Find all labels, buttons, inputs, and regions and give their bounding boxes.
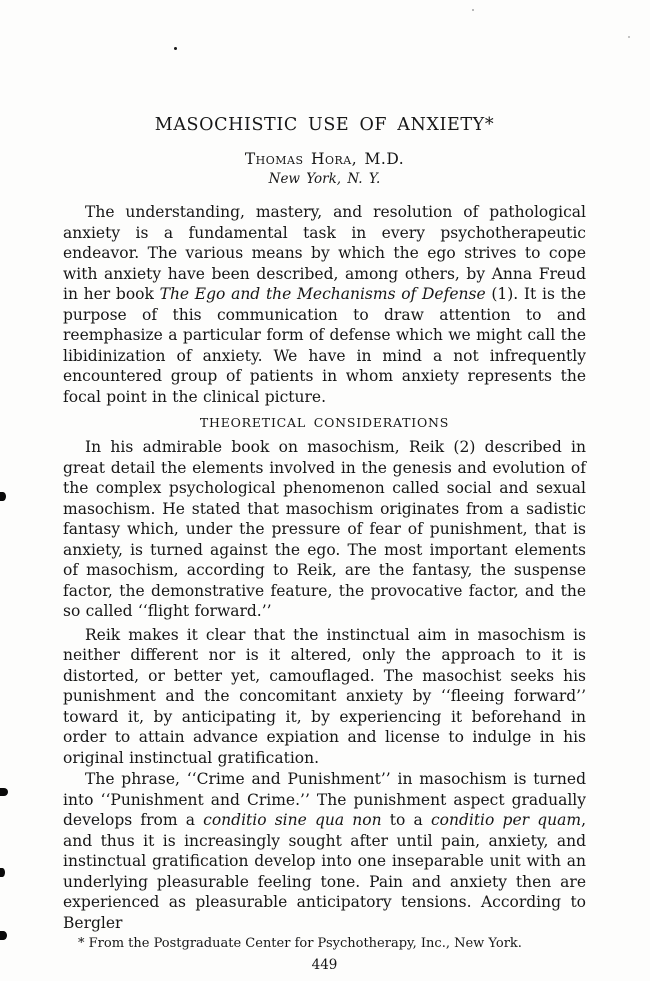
scan-artifact-speck xyxy=(472,9,474,11)
scan-artifact-left-edge xyxy=(0,931,7,940)
scan-artifact-speck xyxy=(628,36,630,38)
article-title: MASOCHISTIC USE OF ANXIETY* xyxy=(63,114,586,136)
footnote: * From the Postgraduate Center for Psych… xyxy=(63,936,586,952)
author-name: Thomas Hora, M.D. xyxy=(63,150,586,168)
paragraph-4: The phrase, ‘‘Crime and Punishment’’ in … xyxy=(63,769,586,933)
page-number: 449 xyxy=(63,957,586,973)
scan-artifact-left-edge xyxy=(0,492,6,501)
scanned-paper-page: MASOCHISTIC USE OF ANXIETY* Thomas Hora,… xyxy=(0,0,650,981)
scan-artifact-left-edge xyxy=(0,788,8,796)
scan-artifact-dot xyxy=(174,47,177,50)
section-heading: THEORETICAL CONSIDERATIONS xyxy=(63,416,586,430)
text-column: MASOCHISTIC USE OF ANXIETY* Thomas Hora,… xyxy=(63,0,586,973)
paragraph-2: In his admirable book on masochism, Reik… xyxy=(63,437,586,622)
paragraph-3: Reik makes it clear that the instinctual… xyxy=(63,625,586,769)
author-location: New York, N. Y. xyxy=(63,171,586,187)
paragraph-1: The understanding, mastery, and resoluti… xyxy=(63,202,586,407)
scan-artifact-left-edge xyxy=(0,868,5,877)
